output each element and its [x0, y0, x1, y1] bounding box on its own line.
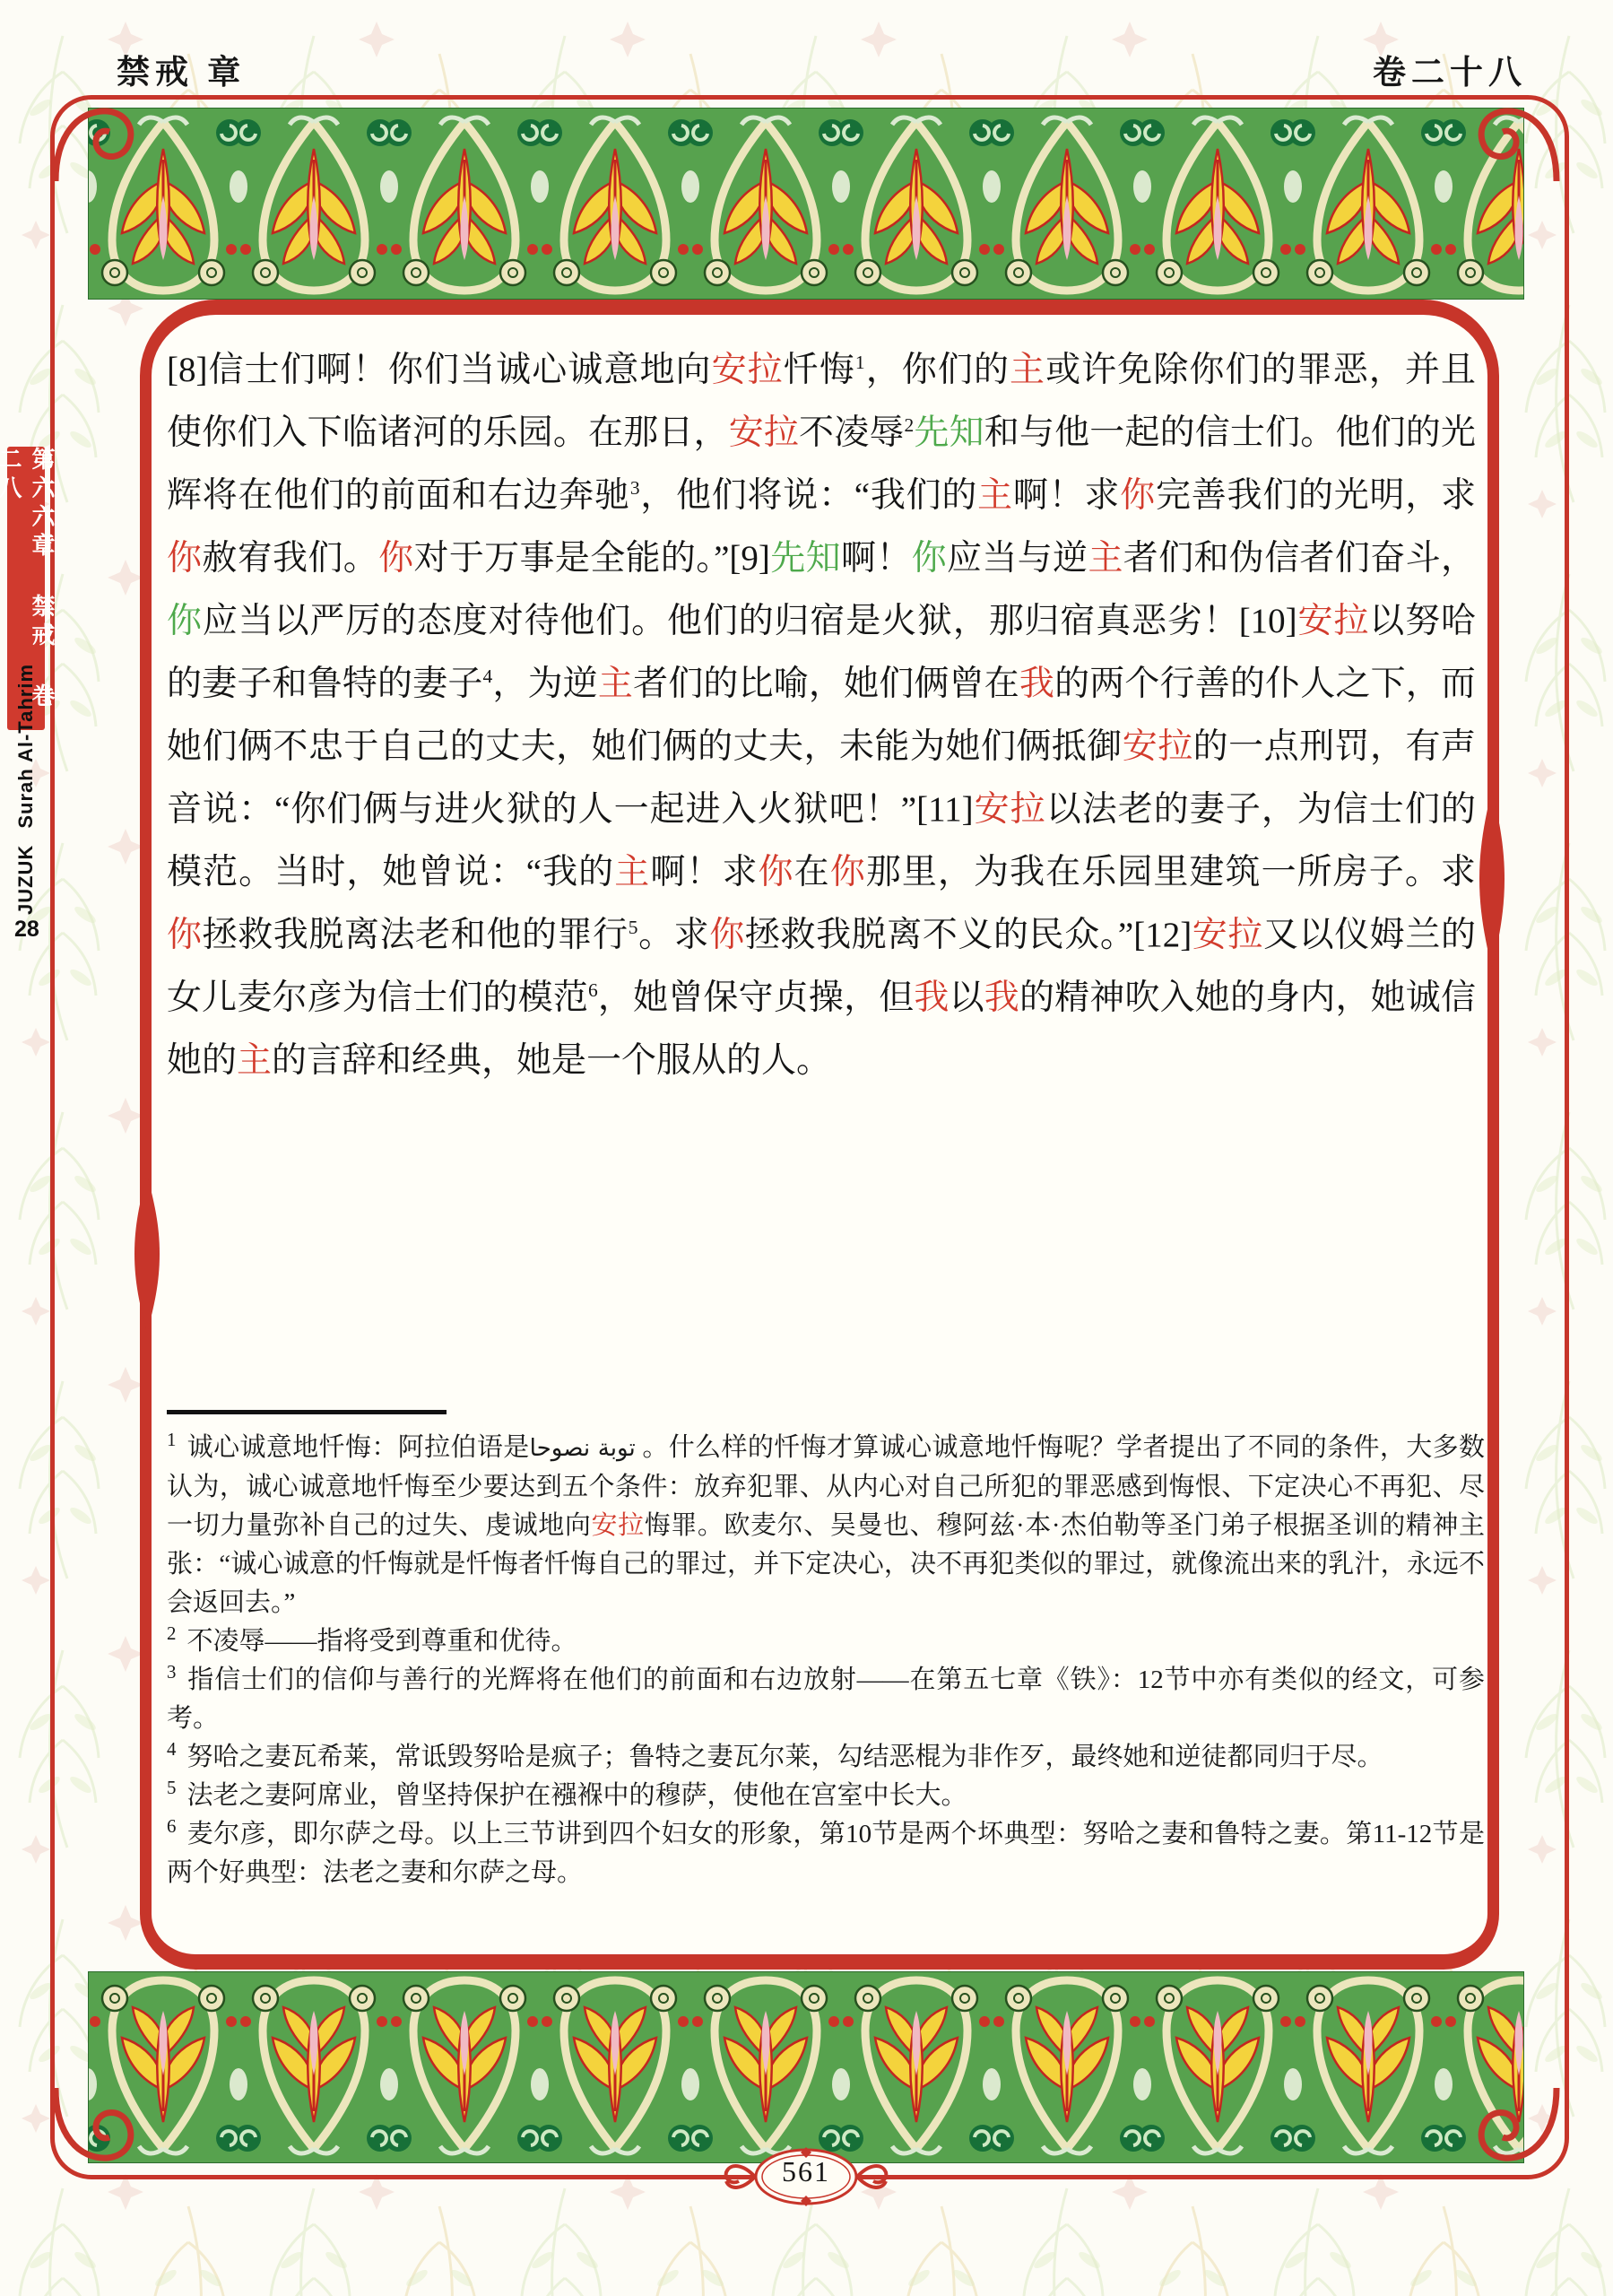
footnote-3-text: 指信士们的信仰与善行的光辉将在他们的前面和右边放射——在第五七章《铁》：12节中… [167, 1665, 1485, 1733]
footnote-3: 3指信士们的信仰与善行的光辉将在他们的前面和右边放射——在第五七章《铁》：12节… [167, 1661, 1485, 1738]
footnote-4: 4努哈之妻瓦希莱，常诋毁努哈是疯子；鲁特之妻瓦尔莱，勾结恶棍为非作歹，最终她和逆… [167, 1738, 1485, 1777]
footnote-3-number: 3 [167, 1661, 176, 1683]
footnote-6-number: 6 [167, 1815, 176, 1837]
spine-juzuk-label: JUZUK [14, 845, 37, 915]
header-volume-label: 卷二十八 [1373, 45, 1527, 93]
footnote-2: 2不凌辱——指将受到尊重和优待。 [167, 1622, 1485, 1661]
border-pinch-right [1476, 789, 1508, 969]
footnote-6-text: 麦尔彦，即尔萨之母。以上三节讲到四个妇女的形象，第10节是两个坏典型：努哈之妻和… [167, 1820, 1485, 1887]
footnote-2-number: 2 [167, 1622, 176, 1644]
spine-juz-number: 28 [14, 917, 39, 943]
footnote-5: 5法老之妻阿席业，曾坚持保护在襁褓中的穆萨，使他在宫室中长大。 [167, 1777, 1485, 1815]
footnote-1-text: 诚心诚意地忏悔：阿拉伯语是توبة نصوحا 。什么样的忏悔才算诚心诚意地忏悔… [167, 1433, 1485, 1617]
footnote-4-text: 努哈之妻瓦希莱，常诋毁努哈是疯子；鲁特之妻瓦尔莱，勾结恶棍为非作歹，最终她和逆徒… [186, 1743, 1383, 1771]
corner-curl-bottom-left [52, 2083, 138, 2169]
footnote-2-text: 不凌辱——指将受到尊重和优待。 [186, 1627, 577, 1656]
footnote-5-text: 法老之妻阿席业，曾坚持保护在襁褓中的穆萨，使他在宫室中长大。 [186, 1781, 967, 1810]
footnote-5-number: 5 [167, 1777, 176, 1798]
ornament-border-top [88, 108, 1524, 300]
header-chapter-title: 禁戒 章 [117, 45, 246, 93]
footnote-6: 6麦尔彦，即尔萨之母。以上三节讲到四个妇女的形象，第10节是两个坏典型：努哈之妻… [167, 1815, 1485, 1892]
footnote-4-number: 4 [167, 1738, 176, 1760]
corner-curl-top-left [52, 100, 138, 187]
footnote-1: 1诚心诚意地忏悔：阿拉伯语是توبة نصوحا 。什么样的忏悔才算诚心诚意地忏… [167, 1429, 1485, 1622]
footnote-1-number: 1 [167, 1429, 176, 1450]
scripture-paragraph: [8]信士们啊！你们当诚心诚意地向安拉忏悔1，你们的主或许免除你们的罪恶，并且使… [167, 339, 1476, 1092]
page-number: 561 [721, 2155, 891, 2188]
border-pinch-left [131, 1175, 163, 1333]
ornament-border-bottom [88, 1971, 1524, 2163]
footnote-separator-rule [167, 1410, 447, 1414]
corner-curl-top-right [1474, 100, 1560, 187]
spine-surah-name: Surah Al-Tahrim [14, 664, 37, 829]
footnotes-block: 1诚心诚意地忏悔：阿拉伯语是توبة نصوحا 。什么样的忏悔才算诚心诚意地忏… [167, 1410, 1485, 1892]
spine-surah-label: JUZUKSurah Al-Tahrim [14, 664, 38, 915]
corner-curl-bottom-right [1474, 2083, 1560, 2169]
